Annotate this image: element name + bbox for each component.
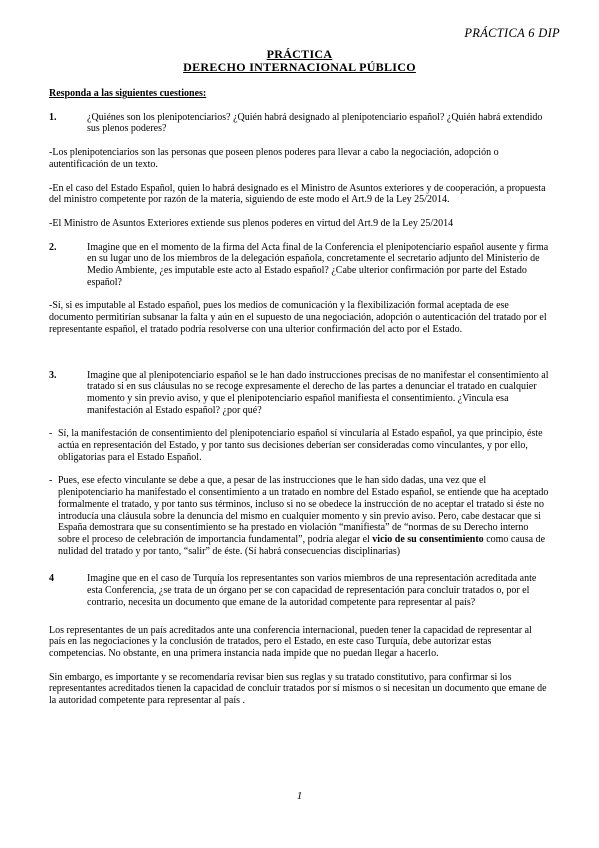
answer-1-paragraph-2: -En el caso del Estado Español, quien lo… — [49, 183, 550, 206]
question-4: 4 Imagine que en el caso de Turquía los … — [49, 573, 550, 608]
question-2: 2. Imagine que en el momento de la firma… — [49, 242, 550, 289]
question-1-number: 1. — [49, 112, 87, 135]
question-1-text: ¿Quiénes son los plenipotenciarios? ¿Qui… — [87, 112, 550, 135]
answer-3-bullet-1-text: Sí, la manifestación de consentimiento d… — [58, 428, 550, 463]
instructions-heading: Responda a las siguientes cuestiones: — [49, 88, 550, 100]
page-number: 1 — [0, 791, 599, 803]
question-2-number: 2. — [49, 242, 87, 289]
document-title: PRÁCTICA DERECHO INTERNACIONAL PÚBLICO — [49, 48, 550, 74]
answer-2-paragraph: -Sí, si es imputable al Estado español, … — [49, 300, 550, 335]
bullet-marker: - — [49, 475, 58, 557]
answer-1-paragraph-1: -Los plenipotenciarios son las personas … — [49, 147, 550, 170]
answer-4-paragraph-2: Sin embargo, es importante y se recomend… — [49, 672, 550, 707]
answer-1-paragraph-3: -El Ministro de Asuntos Exteriores extie… — [49, 218, 550, 230]
question-3: 3. Imagine que al plenipotenciario españ… — [49, 370, 550, 417]
question-1: 1. ¿Quiénes son los plenipotenciarios? ¿… — [49, 112, 550, 135]
answer-3-bullet-2-bold-phrase: vicio de su consentimiento — [372, 534, 483, 545]
question-4-number: 4 — [49, 573, 87, 608]
answer-3-bullet-2-text: Pues, ese efecto vinculante se debe a qu… — [58, 475, 550, 557]
answer-3-bullet-2: - Pues, ese efecto vinculante se debe a … — [49, 475, 550, 557]
answer-3-bullet-1: - Sí, la manifestación de consentimiento… — [49, 428, 550, 463]
document-page: PRÁCTICA 6 DIP PRÁCTICA DERECHO INTERNAC… — [0, 0, 599, 848]
question-4-text: Imagine que en el caso de Turquía los re… — [87, 573, 550, 608]
title-line-2: DERECHO INTERNACIONAL PÚBLICO — [49, 61, 550, 74]
question-3-number: 3. — [49, 370, 87, 417]
bullet-marker: - — [49, 428, 58, 463]
header-course-tag: PRÁCTICA 6 DIP — [49, 26, 560, 40]
question-3-text: Imagine que al plenipotenciario español … — [87, 370, 550, 417]
answer-4-paragraph-1: Los representantes de un país acreditado… — [49, 625, 550, 660]
question-2-text: Imagine que en el momento de la firma de… — [87, 242, 550, 289]
